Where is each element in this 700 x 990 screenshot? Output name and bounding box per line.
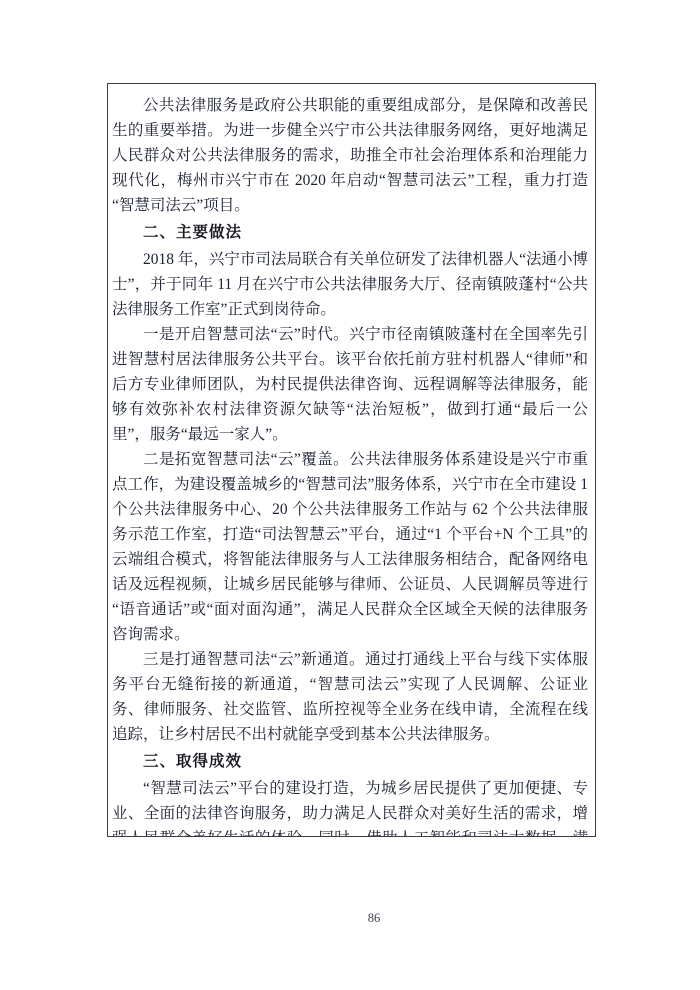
paragraph-robot-lawyer: 2018 年，兴宁市司法局联合有关单位研发了法律机器人“法通小博士”，并于同年 … — [112, 247, 588, 322]
paragraph-measure-one: 一是开启智慧司法“云”时代。兴宁市径南镇陂蓬村在全国率先引进智慧村居法律服务公共… — [112, 322, 588, 447]
page-number: 86 — [359, 911, 389, 926]
section-heading-achievements: 三、取得成效 — [112, 749, 588, 774]
paragraph-achievements: “智慧司法云”平台的建设打造，为城乡居民提供了更加便捷、专业、全面的法律咨询服务… — [112, 776, 588, 837]
content-border-box: 公共法律服务是政府公共职能的重要组成部分，是保障和改善民生的重要举措。为进一步健… — [107, 83, 596, 837]
section-heading-main-measures: 二、主要做法 — [112, 220, 588, 245]
paragraph-measure-two: 二是拓宽智慧司法“云”覆盖。公共法律服务体系建设是兴宁市重点工作，为建设覆盖城乡… — [112, 447, 588, 647]
paragraph-intro: 公共法律服务是政府公共职能的重要组成部分，是保障和改善民生的重要举措。为进一步健… — [112, 93, 588, 218]
paragraph-measure-three: 三是打通智慧司法“云”新通道。通过打通线上平台与线下实体服务平台无缝衔接的新通道… — [112, 647, 588, 747]
document-page: 公共法律服务是政府公共职能的重要组成部分，是保障和改善民生的重要举措。为进一步健… — [0, 0, 700, 990]
